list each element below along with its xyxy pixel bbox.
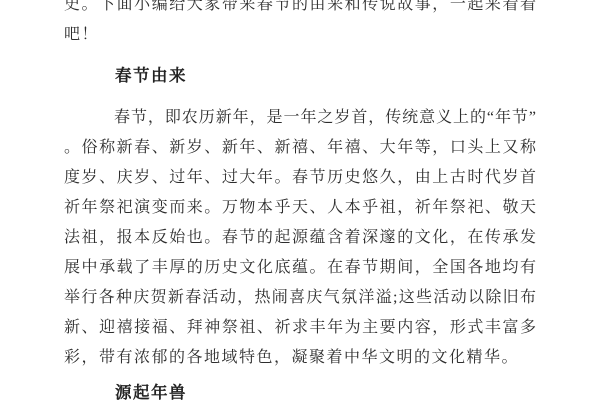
intro-line-clipped: 史。下面小编给大家带来春节的由来和传说故事，一起来看看 <box>64 0 536 20</box>
section-heading-origin: 春节由来 <box>64 61 536 91</box>
paragraph-line: 新、迎禧接福、拜神祭祖、祈求丰年为主要内容，形式丰富多 <box>64 313 536 343</box>
paragraph-line: 春节，即农历新年，是一年之岁首，传统意义上的“年节” <box>64 103 536 133</box>
paragraph-line: 。俗称新春、新岁、新年、新禧、年禧、大年等，口头上又称 <box>64 133 536 163</box>
section-heading-nian-beast: 源起年兽 <box>64 378 536 400</box>
intro-paragraph: 史。下面小编给大家带来春节的由来和传说故事，一起来看看 吧！ <box>64 0 536 50</box>
paragraph-line-last: 彩，带有浓郁的各地域特色，凝聚着中华文明的文化精华。 <box>64 343 536 373</box>
intro-line-end: 吧！ <box>64 20 536 50</box>
paragraph-line: 法祖，报本反始也。春节的起源蕴含着深邃的文化，在传承发 <box>64 223 536 253</box>
paragraph-line: 展中承载了丰厚的历史文化底蕴。在春节期间，全国各地均有 <box>64 253 536 283</box>
article-page: 史。下面小编给大家带来春节的由来和传说故事，一起来看看 吧！ 春节由来 春节，即… <box>0 0 600 400</box>
paragraph-line: 举行各种庆贺新春活动，热闹喜庆气氛洋溢;这些活动以除旧布 <box>64 283 536 313</box>
paragraph-line: 度岁、庆岁、过年、过大年。春节历史悠久，由上古时代岁首 <box>64 163 536 193</box>
paragraph-line: 祈年祭祀演变而来。万物本乎天、人本乎祖，祈年祭祀、敬天 <box>64 193 536 223</box>
origin-paragraph: 春节，即农历新年，是一年之岁首，传统意义上的“年节” 。俗称新春、新岁、新年、新… <box>64 103 536 373</box>
